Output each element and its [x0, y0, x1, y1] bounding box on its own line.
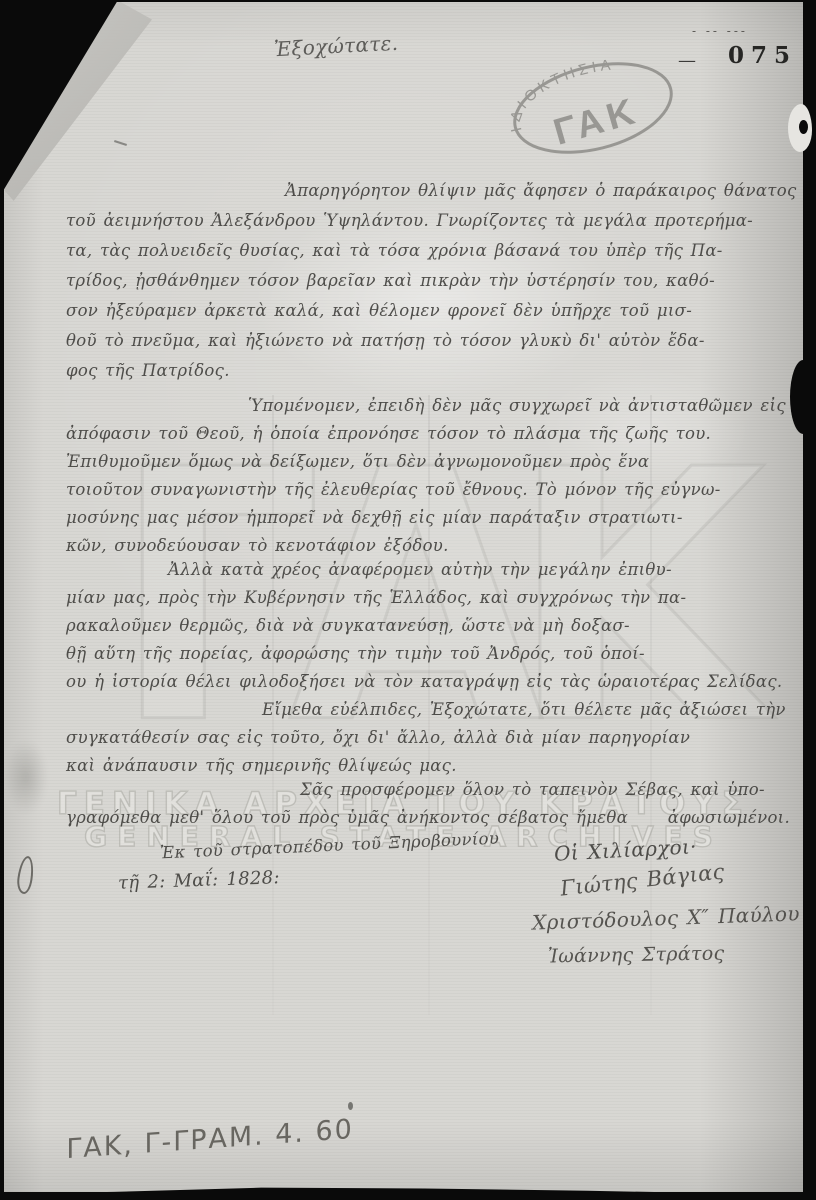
- handwritten-line: συγκατάθεσίν σας εἰς τοῦτο, ὄχι δι' ἄλλο…: [66, 724, 794, 752]
- top-annotation-handwriting: Ἐξοχώτατε.: [273, 31, 398, 61]
- closing-line-2: γραφόμεθα μεθ' ὅλου τοῦ πρὸς ὑμᾶς ἀνήκον…: [66, 808, 790, 827]
- ink-smudge: [4, 740, 48, 814]
- handwritten-line: τοιοῦτον συναγωνιστὴν τῆς ἐλευθερίας τοῦ…: [66, 476, 794, 504]
- scan-edge-top: [0, 0, 816, 2]
- handwritten-line: Ἀλλὰ κατὰ χρέος ἀναφέρομεν αὐτὴν τὴν μεγ…: [66, 556, 794, 584]
- handwritten-line: θοῦ τὸ πνεῦμα, καὶ ἠξιώνετο νὰ πατήσῃ τὸ…: [66, 326, 794, 356]
- handwritten-line: Εἴμεθα εὐέλπιδες, Ἐξοχώτατε, ὅτι θέλετε …: [66, 696, 794, 724]
- paragraph-4: Εἴμεθα εὐέλπιδες, Ἐξοχώτατε, ὅτι θέλετε …: [66, 696, 794, 780]
- ink-mark: [15, 855, 35, 895]
- page-number-dash: —: [678, 50, 696, 71]
- handwritten-line: φος τῆς Πατρίδος.: [66, 356, 794, 386]
- paper-speck: [348, 1102, 353, 1110]
- gak-property-stamp: ΙΔΙΟΚΤΗΣΙΑ ΓΑΚ: [490, 33, 697, 183]
- paragraph-3: Ἀλλὰ κατὰ χρέος ἀναφέρομεν αὐτὴν τὴν μεγ…: [66, 556, 794, 696]
- handwritten-line: σον ἠξεύραμεν ἀρκετὰ καλά, καὶ θέλομεν φ…: [66, 296, 794, 326]
- handwritten-line: καὶ ἀνάπαυσιν τῆς σημερινῆς θλίψεώς μας.: [66, 752, 794, 780]
- handwritten-line: Ἀπαρηγόρητον θλίψιν μᾶς ἄφησεν ὁ παράκαι…: [66, 176, 794, 206]
- closing-line-2-right: ἀφωσιωμένοι.: [668, 808, 790, 827]
- handwritten-line: ου ἡ ἱστορία θέλει φιλοδοξήσει νὰ τὸν κα…: [66, 668, 794, 696]
- scanned-document: ΓΑΚ ΓΕΝΙΚΑ ΑΡΧΕΙΑ ΤΟΥ ΚΡΑΤΟΥΣ GENERAL ST…: [0, 0, 816, 1200]
- handwritten-line: τρίδος, ᾐσθάνθημεν τόσον βαρεῖαν καὶ πικ…: [66, 266, 794, 296]
- handwritten-line: μίαν μας, πρὸς τὴν Κυβέρνησιν τῆς Ἑλλάδο…: [66, 584, 794, 612]
- paragraph-2: Ὑπομένομεν, ἐπειδὴ δὲν μᾶς συγχωρεῖ νὰ ἀ…: [66, 392, 794, 560]
- date-line: τῇ 2: Μαΐ: 1828:: [118, 867, 280, 894]
- paper-notch-hole: [799, 120, 808, 134]
- paragraph-1: Ἀπαρηγόρητον θλίψιν μᾶς ἄφησεν ὁ παράκαι…: [66, 176, 794, 386]
- signature-3: Ἰωάννης Στράτος: [548, 942, 725, 967]
- handwritten-line: τα, τὰς πολυειδεῖς θυσίας, καὶ τὰ τόσα χ…: [66, 236, 794, 266]
- paper-speck: [114, 140, 127, 146]
- pen-marks: ‑ ‑‑ ‑‑‑: [692, 24, 748, 38]
- handwritten-line: μοσύνης μας μέσον ἠμπορεῖ νὰ δεχθῇ εἰς μ…: [66, 504, 794, 532]
- scan-edge-tear: [790, 360, 812, 434]
- scan-edge-left: [0, 0, 4, 1200]
- signature-2: Χριστόδουλος Χ″ Παύλου: [532, 901, 800, 934]
- manuscript-page: ΓΑΚ ΓΕΝΙΚΑ ΑΡΧΕΙΑ ΤΟΥ ΚΡΑΤΟΥΣ GENERAL ST…: [4, 0, 803, 1192]
- signature-1: Γιώτης Βάγιας: [559, 859, 725, 900]
- closing-line-1: Σᾶς προσφέρομεν ὅλον τὸ ταπεινὸν Σέβας, …: [66, 780, 794, 799]
- handwritten-line: Ἐπιθυμοῦμεν ὅμως νὰ δείξωμεν, ὅτι δὲν ἀγ…: [66, 448, 794, 476]
- scan-edge-right: [803, 0, 816, 1200]
- handwritten-line: θῇ αὕτη τῆς πορείας, ἀφορώσης τὴν τιμὴν …: [66, 640, 794, 668]
- handwritten-line: ρακαλοῦμεν θερμῶς, διὰ νὰ συγκατανεύσῃ, …: [66, 612, 794, 640]
- closing-line-2-left: γραφόμεθα μεθ' ὅλου τοῦ πρὸς ὑμᾶς ἀνήκον…: [66, 808, 628, 827]
- page-number: 075: [728, 42, 797, 69]
- handwritten-line: Ὑπομένομεν, ἐπειδὴ δὲν μᾶς συγχωρεῖ νὰ ἀ…: [66, 392, 794, 420]
- handwritten-line: τοῦ ἀειμνήστου Ἀλεξάνδρου Ὑψηλάντου. Γνω…: [66, 206, 794, 236]
- archive-reference-label: ΓΑΚ, Γ-ΓΡΑΜ. 4. 60: [66, 1114, 353, 1165]
- handwritten-line: ἀπόφασιν τοῦ Θεοῦ, ἡ ὁποία ἐπρονόησε τόσ…: [66, 420, 794, 448]
- stamp-center-text: ΓΑΚ: [549, 89, 644, 152]
